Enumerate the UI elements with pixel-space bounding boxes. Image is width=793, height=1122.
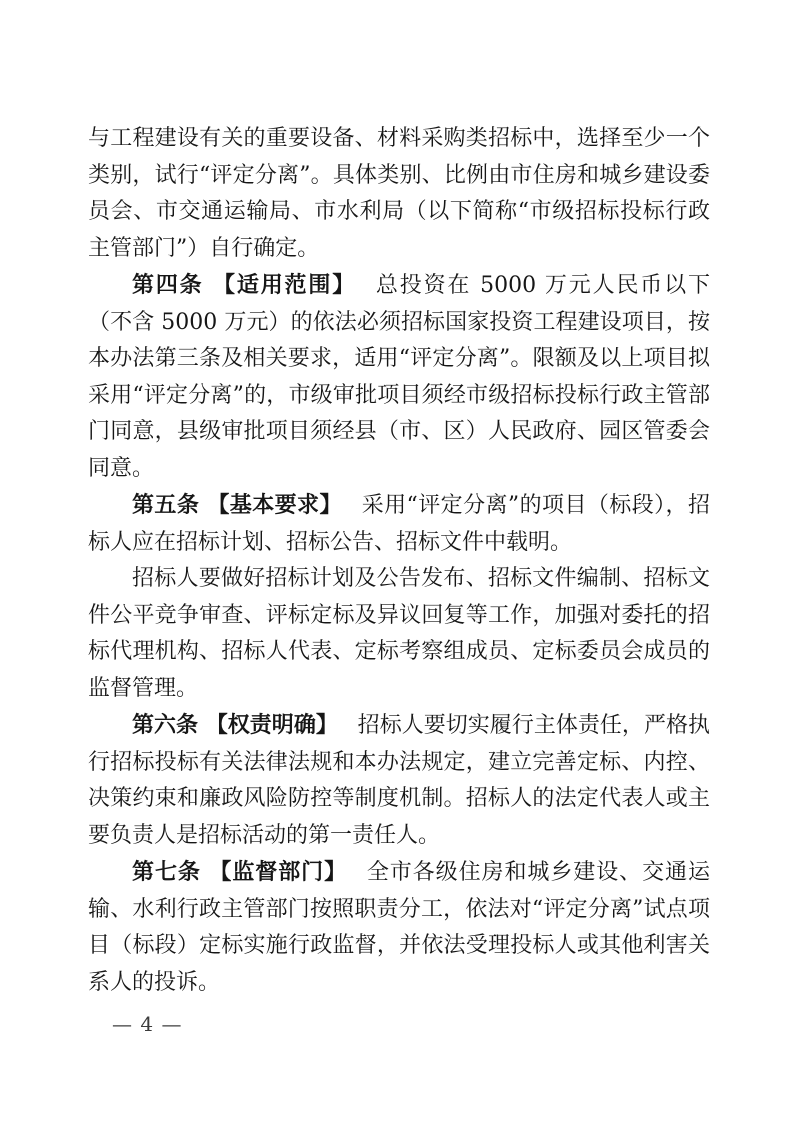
paragraph-article-4: 第四条 【适用范围】总投资在 5000 万元人民币以下（不含 5000 万元）的… <box>88 267 710 487</box>
document-page: 与工程建设有关的重要设备、材料采购类招标中，选择至少一个类别，试行“评定分离”。… <box>0 0 793 1122</box>
paragraph-article-6: 第六条 【权责明确】招标人要切实履行主体责任，严格执行招标投标有关法律法规和本办… <box>88 707 710 854</box>
paragraph-continuation: 与工程建设有关的重要设备、材料采购类招标中，选择至少一个类别，试行“评定分离”。… <box>88 121 710 267</box>
article-6-heading: 第六条 【权责明确】 <box>132 712 338 738</box>
document-body: 与工程建设有关的重要设备、材料采购类招标中，选择至少一个类别，试行“评定分离”。… <box>88 121 710 1001</box>
paragraph-article-5: 第五条 【基本要求】采用“评定分离”的项目（标段），招标人应在招标计划、招标公告… <box>88 487 710 561</box>
paragraph-text: 总投资在 5000 万元人民币以下（不含 5000 万元）的依法必须招标国家投资… <box>88 273 710 481</box>
article-5-heading: 第五条 【基本要求】 <box>132 492 342 518</box>
paragraph-text: 与工程建设有关的重要设备、材料采购类招标中，选择至少一个类别，试行“评定分离”。… <box>88 126 710 261</box>
paragraph-article-5-continued: 招标人要做好招标计划及公告发布、招标文件编制、招标文件公平竞争审查、评标定标及异… <box>88 561 710 707</box>
article-7-heading: 第七条 【监督部门】 <box>132 859 347 885</box>
paragraph-article-7: 第七条 【监督部门】全市各级住房和城乡建设、交通运输、水利行政主管部门按照职责分… <box>88 854 710 1001</box>
article-4-heading: 第四条 【适用范围】 <box>132 272 356 298</box>
page-number: — 4 — <box>112 1012 182 1036</box>
paragraph-text: 招标人要做好招标计划及公告发布、招标文件编制、招标文件公平竞争审查、评标定标及异… <box>88 566 710 701</box>
page-footer: — 4 — <box>112 1012 182 1036</box>
